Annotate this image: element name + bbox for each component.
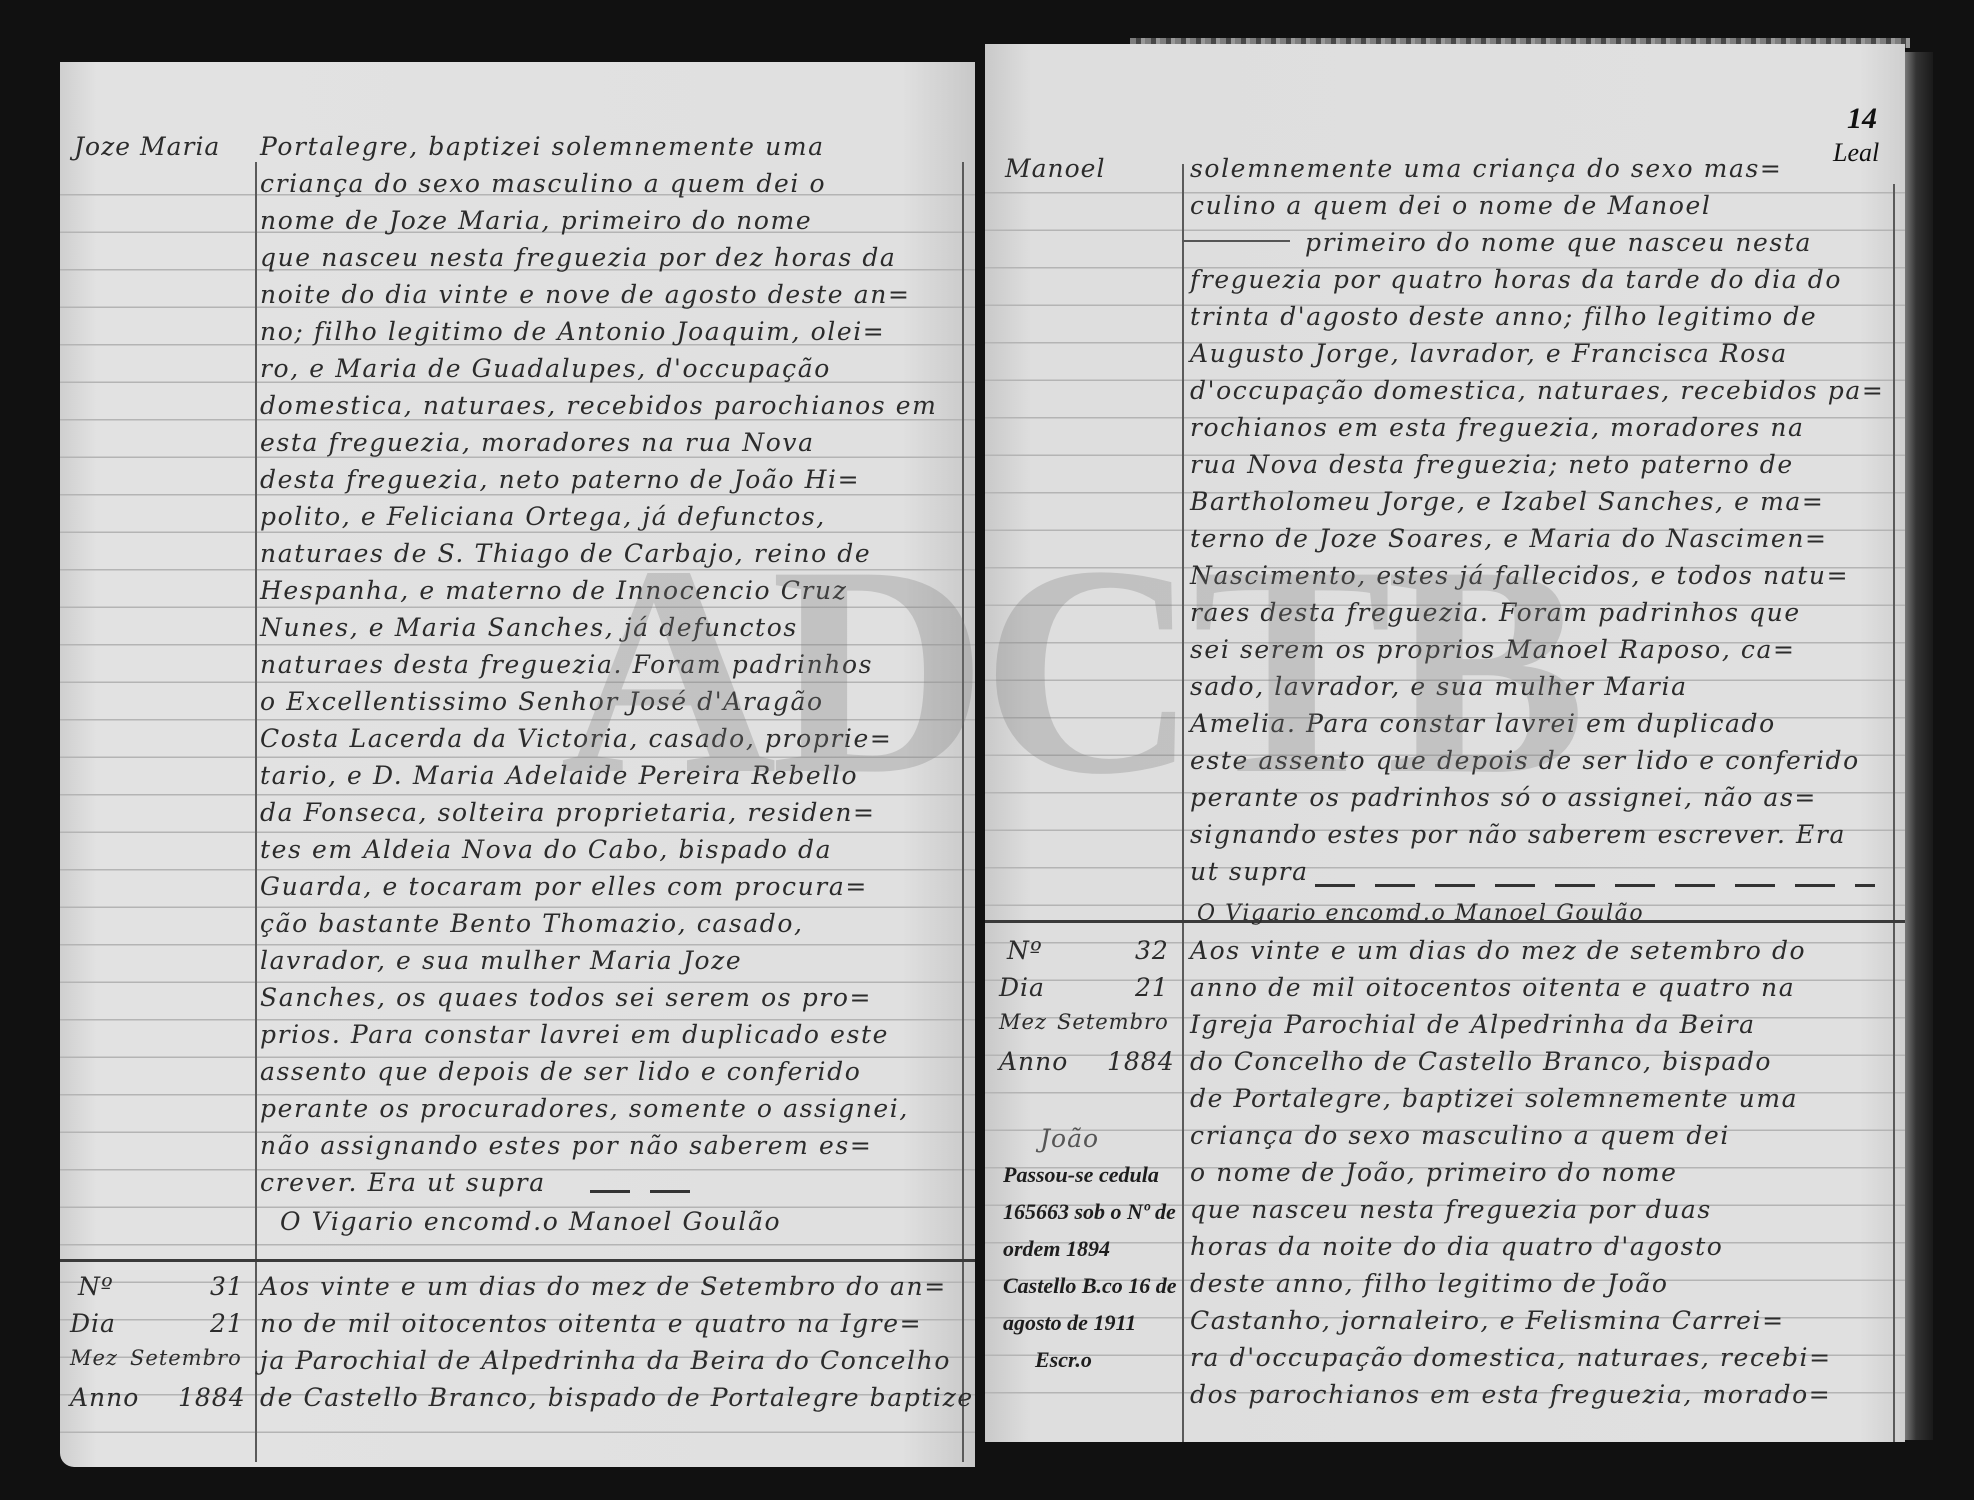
entry-number-label: Nº (1007, 936, 1043, 965)
text-line: trinta d'agosto deste anno; filho legiti… (1190, 302, 1817, 332)
text-line: freguezia por quatro horas da tarde do d… (1190, 265, 1842, 295)
text-line: do Concelho de Castello Branco, bispado (1190, 1047, 1772, 1077)
year-value: 1884 (178, 1383, 246, 1412)
month-value: Setembro (1057, 1010, 1169, 1034)
text-line: assento que depois de ser lido e conferi… (260, 1057, 861, 1087)
text-line: que nasceu nesta freguezia por duas (1190, 1195, 1712, 1225)
text-line: o nome de João, primeiro do nome (1190, 1158, 1678, 1188)
text-line: deste anno, filho legitimo de João (1190, 1269, 1669, 1299)
text-line: Portalegre, baptizei solemnemente uma (260, 132, 825, 162)
text-line: Augusto Jorge, lavrador, e Francisca Ros… (1190, 339, 1788, 369)
text-line: ro, e Maria de Guadalupes, d'occupação (260, 354, 831, 384)
text-line: domestica, naturaes, recebidos parochian… (260, 391, 937, 421)
text-line: solemnemente uma criança do sexo mas= (1190, 154, 1782, 184)
text-line: de Portalegre, baptizei solemnemente uma (1190, 1084, 1798, 1114)
year-label: Anno (999, 1047, 1068, 1076)
annotation-line: Passou-se cedula (1003, 1162, 1159, 1188)
entry-number-label: Nº (78, 1272, 114, 1301)
margin-child-name: Joze Maria (74, 132, 220, 161)
text-line: de Castello Branco, bispado de Portalegr… (260, 1383, 975, 1413)
entry-separator (60, 1259, 975, 1262)
flourish-line (1315, 884, 1875, 887)
text-line: crever. Era ut supra (260, 1168, 546, 1198)
text-line: primeiro do nome que nasceu nesta (1305, 228, 1812, 258)
year-value: 1884 (1107, 1047, 1175, 1076)
text-line: não assignando estes por não saberem es= (260, 1131, 872, 1161)
annotation-line: Escr.o (1035, 1347, 1092, 1373)
text-line: rua Nova desta freguezia; neto paterno d… (1190, 450, 1794, 480)
archive-watermark: ADCTB (560, 520, 1580, 820)
text-line: dos parochianos em esta freguezia, morad… (1190, 1380, 1831, 1410)
short-rule (1182, 240, 1290, 242)
day-label: Dia (70, 1309, 116, 1338)
text-line: horas da noite do dia quatro d'agosto (1190, 1232, 1723, 1262)
text-line: Igreja Parochial de Alpedrinha da Beira (1190, 1010, 1756, 1040)
day-value: 21 (1135, 973, 1169, 1002)
month-label: Mez (999, 1010, 1047, 1034)
text-line: anno de mil oitocentos oitenta e quatro … (1190, 973, 1795, 1003)
right-column-rule (1893, 184, 1895, 1442)
day-value: 21 (210, 1309, 244, 1338)
text-line: noite do dia vinte e nove de agosto dest… (260, 280, 911, 310)
entry-number: 32 (1135, 936, 1169, 965)
text-line: ja Parochial de Alpedrinha da Beira do C… (260, 1346, 951, 1376)
margin-column-rule (255, 162, 257, 1462)
folio-number: 14 (1847, 102, 1877, 136)
text-line: criança do sexo masculino a quem dei o (260, 169, 826, 199)
text-line: ção bastante Bento Thomazio, casado, (260, 909, 804, 939)
margin-child-name: Manoel (1005, 154, 1105, 183)
text-line: Guarda, e tocaram por elles com procura= (260, 872, 868, 902)
annotation-line: agosto de 1911 (1003, 1310, 1136, 1336)
text-line: criança do sexo masculino a quem dei (1190, 1121, 1730, 1151)
priest-signature: O Vigario encomd.o Manoel Goulão (280, 1207, 781, 1237)
text-line: desta freguezia, neto paterno de João Hi… (260, 465, 860, 495)
day-label: Dia (999, 973, 1045, 1002)
text-line: que nasceu nesta freguezia por dez horas… (260, 243, 896, 273)
flourish-line (590, 1190, 690, 1193)
annotation-line: Castello B.co 16 de (1003, 1273, 1177, 1299)
text-line: Sanches, os quaes todos sei serem os pro… (260, 983, 872, 1013)
text-line: esta freguezia, moradores na rua Nova (260, 428, 815, 458)
text-line: no; filho legitimo de Antonio Joaquim, o… (260, 317, 885, 347)
book-right-edge (1905, 52, 1933, 1440)
text-line: no de mil oitocentos oitenta e quatro na… (260, 1309, 922, 1339)
priest-signature: O Vigario encomd.o Manoel Goulão (1197, 899, 1644, 929)
text-line: Castanho, jornaleiro, e Felismina Carrei… (1190, 1306, 1785, 1336)
annotation-line: 165663 sob o Nº de (1003, 1199, 1176, 1225)
folio-note: Leal (1833, 138, 1879, 168)
text-line: nome de Joze Maria, primeiro do nome (260, 206, 812, 236)
annotation-line: ordem 1894 (1003, 1236, 1110, 1262)
text-line: ut supra (1190, 857, 1309, 887)
text-line: rochianos em esta freguezia, moradores n… (1190, 413, 1805, 443)
month-label: Mez (70, 1346, 118, 1370)
margin-child-name: João (1040, 1124, 1099, 1153)
entry-number: 31 (210, 1272, 244, 1301)
year-label: Anno (70, 1383, 139, 1412)
text-line: lavrador, e sua mulher Maria Joze (260, 946, 742, 976)
text-line: Aos vinte e um dias do mez de setembro d… (1190, 936, 1806, 966)
text-line: Aos vinte e um dias do mez de Setembro d… (260, 1272, 947, 1302)
text-line: culino a quem dei o nome de Manoel (1190, 191, 1712, 221)
text-line: perante os procuradores, somente o assig… (260, 1094, 909, 1124)
text-line: d'occupação domestica, naturaes, recebid… (1190, 376, 1884, 406)
text-line: prios. Para constar lavrei em duplicado … (260, 1020, 889, 1050)
month-value: Setembro (130, 1346, 242, 1370)
text-line: tes em Aldeia Nova do Cabo, bispado da (260, 835, 832, 865)
text-line: ra d'occupação domestica, naturaes, rece… (1190, 1343, 1832, 1373)
